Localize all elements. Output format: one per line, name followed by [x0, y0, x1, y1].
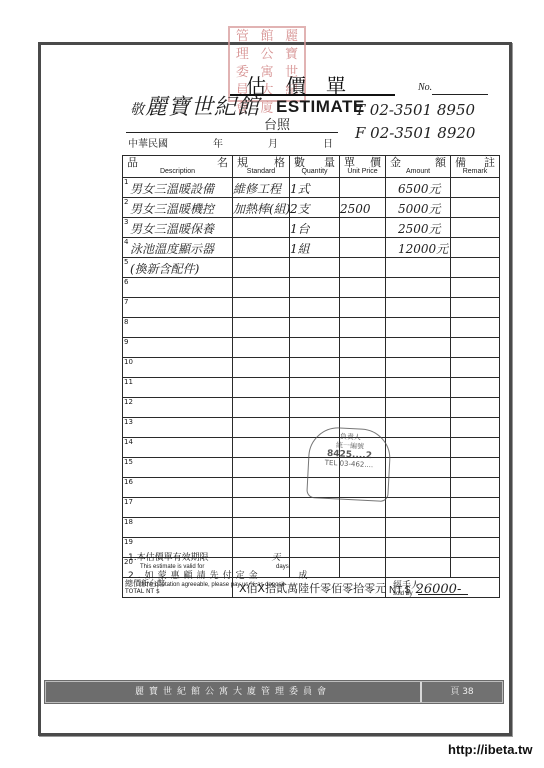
cell-description: 15: [123, 458, 233, 478]
table-row: 9: [123, 338, 500, 358]
terms-block: 1.本估價單有效期限 天 This estimate is valid for …: [128, 553, 311, 589]
table-row: 11: [123, 378, 500, 398]
customer-prefix: 敬: [130, 102, 145, 118]
table-row: 18: [123, 518, 500, 538]
cell-amount: [386, 478, 451, 498]
date-day: 日: [323, 135, 333, 150]
cell-standard: [233, 238, 290, 258]
cell-value: 男女三溫暖保養: [130, 222, 214, 236]
cell-standard: [233, 358, 290, 378]
cell-value: 2500元: [386, 222, 441, 236]
row-number: 16: [124, 478, 130, 486]
cell-description: 4泳池溫度顯示器: [123, 238, 233, 258]
cell-value: 6500元: [386, 182, 441, 196]
cell-quantity: [290, 518, 340, 538]
date-month: 月: [268, 135, 278, 150]
cell-value: [386, 302, 398, 316]
cell-description: 12: [123, 398, 233, 418]
column-header-cn-left: 備: [455, 157, 466, 168]
row-number: 11: [124, 378, 130, 386]
row-number: 19: [124, 538, 130, 546]
page-footer: 麗寶世紀館公寓大廈管理委員會 頁 38: [45, 681, 503, 703]
cell-value: [386, 382, 398, 396]
cell-value: 2支: [290, 202, 310, 216]
cell-standard: [233, 438, 290, 458]
column-header-en: Standard: [233, 168, 289, 176]
table-row: 8: [123, 318, 500, 338]
cell-description: 1男女三溫暖設備: [123, 178, 233, 198]
cell-standard: [233, 278, 290, 298]
row-number: 8: [124, 318, 130, 326]
customer-underline: [126, 132, 338, 133]
cell-standard: [233, 458, 290, 478]
cell-value: [386, 342, 398, 356]
seal-char: 公: [255, 46, 280, 64]
cell-value: [386, 402, 398, 416]
customer-company: 麗寶世紀館: [145, 95, 260, 120]
cell-standard: [233, 378, 290, 398]
cell-remark: [451, 298, 500, 318]
row-number: 7: [124, 298, 130, 306]
total-label-en: TOTAL NT $: [123, 588, 232, 595]
cell-amount: 6500元: [386, 178, 451, 198]
cell-remark: [451, 398, 500, 418]
cell-description: 13: [123, 418, 233, 438]
cell-remark: [451, 278, 500, 298]
column-header: 單價Unit Price: [340, 156, 386, 178]
cell-unit-price: [340, 518, 386, 538]
cell-standard: [233, 498, 290, 518]
cell-quantity: [290, 258, 340, 278]
cell-remark: [451, 178, 500, 198]
cell-value: [386, 322, 398, 336]
cell-amount: 12000元: [386, 238, 451, 258]
cell-value: 泳池溫度顯示器: [130, 242, 214, 256]
cell-amount: [386, 378, 451, 398]
customer-name: 敬麗寶世紀館: [130, 90, 260, 121]
cell-description: 17: [123, 498, 233, 518]
term-1-days: days: [276, 564, 289, 570]
cell-quantity: [290, 318, 340, 338]
row-number: 17: [124, 498, 130, 506]
cell-quantity: 1式: [290, 178, 340, 198]
cell-description: 7: [123, 298, 233, 318]
cell-quantity: 1台: [290, 218, 340, 238]
cell-value: 1組: [290, 242, 310, 256]
cell-description: 16: [123, 478, 233, 498]
cell-amount: [386, 278, 451, 298]
seal-char: 理: [230, 46, 255, 64]
cell-description: 14: [123, 438, 233, 458]
column-header-cn-right: 額: [435, 157, 446, 168]
cell-standard: [233, 518, 290, 538]
cell-amount: [386, 458, 451, 478]
cell-quantity: 1組: [290, 238, 340, 258]
cell-description: 10: [123, 358, 233, 378]
cell-value: 男女三溫暖設備: [130, 182, 214, 196]
cell-description: 9: [123, 338, 233, 358]
fax-number: F 02-3501 8920: [355, 124, 475, 142]
cell-amount: [386, 338, 451, 358]
cell-remark: [451, 218, 500, 238]
sold-by-cn: 經手人: [393, 578, 420, 591]
column-header-en: Amount: [386, 168, 450, 176]
row-number: 13: [124, 418, 130, 426]
term-1-en: This estimate is valid for: [140, 564, 204, 570]
cell-value: [386, 542, 398, 556]
cell-amount: [386, 558, 451, 578]
cell-unit-price: [340, 338, 386, 358]
cell-standard: [233, 398, 290, 418]
cell-amount: [386, 318, 451, 338]
cell-value: [386, 362, 398, 376]
cell-unit-price: [340, 558, 386, 578]
cell-remark: [451, 438, 500, 458]
term-2-suffix: 成: [298, 571, 311, 581]
column-header-cn-left: 品: [127, 157, 138, 168]
column-header-en: Remark: [451, 168, 499, 176]
cell-unit-price: [340, 298, 386, 318]
total-word: 零佰: [320, 580, 342, 596]
cell-remark: [451, 498, 500, 518]
cell-amount: [386, 398, 451, 418]
cell-standard: [233, 338, 290, 358]
column-header: 品名Description: [123, 156, 233, 178]
telephone-number: T 02-3501 8950: [355, 101, 475, 119]
cell-value: 1台: [290, 222, 310, 236]
cell-standard: [233, 258, 290, 278]
cell-remark: [451, 258, 500, 278]
table-row: 6: [123, 278, 500, 298]
cell-description: 3男女三溫暖保養: [123, 218, 233, 238]
cell-standard: 加熱棒(組): [233, 198, 290, 218]
cell-standard: [233, 298, 290, 318]
column-header-cn-left: 數: [294, 157, 305, 168]
column-header-cn-left: 規: [237, 157, 248, 168]
form-number-field: [432, 94, 488, 95]
cell-unit-price: [340, 398, 386, 418]
row-number: 14: [124, 438, 130, 446]
customer-suffix: 台照: [264, 114, 290, 133]
cell-remark: [451, 378, 500, 398]
cell-unit-price: [340, 218, 386, 238]
cell-remark: [451, 558, 500, 578]
cell-unit-price: [340, 278, 386, 298]
total-word: 零拾: [342, 580, 364, 596]
cell-standard: [233, 218, 290, 238]
table-row: 5(換新含配件): [123, 258, 500, 278]
cell-remark: [451, 458, 500, 478]
date-era: 中華民國: [128, 135, 168, 150]
column-header: 備註Remark: [451, 156, 500, 178]
cell-quantity: [290, 298, 340, 318]
cell-unit-price: [340, 258, 386, 278]
seal-char: 管: [230, 28, 255, 46]
sold-by-signature-line: [418, 594, 468, 595]
cell-unit-price: [340, 358, 386, 378]
cell-value: 加熱棒(組): [233, 202, 290, 216]
term-1-value: 天: [271, 553, 280, 563]
table-row: 2男女三溫暖機控加熱棒(組)2支25005000元: [123, 198, 500, 218]
cell-remark: [451, 238, 500, 258]
cell-amount: [386, 498, 451, 518]
cell-amount: [386, 258, 451, 278]
cell-quantity: [290, 378, 340, 398]
cell-value: [386, 282, 398, 296]
sold-by-block: 經手人 sold By: [393, 578, 420, 597]
cell-value: [386, 502, 398, 516]
cell-description: 8: [123, 318, 233, 338]
cell-value: [386, 262, 398, 276]
column-header-cn-right: 格: [274, 157, 285, 168]
column-header-cn-left: 金: [390, 157, 401, 168]
cell-value: 維修工程: [233, 182, 281, 196]
seal-char: 館: [255, 28, 280, 46]
estimate-table: 品名Description規格Standard數量Quantity單價Unit …: [122, 155, 500, 598]
column-header-en: Quantity: [290, 168, 339, 176]
seal-char: 寶: [279, 46, 304, 64]
cell-unit-price: [340, 178, 386, 198]
form-number-label: No.: [418, 82, 432, 93]
cell-standard: 維修工程: [233, 178, 290, 198]
cell-value: 5000元: [386, 202, 441, 216]
cell-amount: 5000元: [386, 198, 451, 218]
cell-value: [386, 562, 398, 576]
cell-amount: [386, 418, 451, 438]
row-number: 12: [124, 398, 130, 406]
table-row: 7: [123, 298, 500, 318]
cell-remark: [451, 418, 500, 438]
cell-amount: [386, 438, 451, 458]
cell-unit-price: [340, 238, 386, 258]
term-2-en: If the quotation agreeable, please pay u…: [128, 582, 311, 589]
cell-standard: [233, 318, 290, 338]
column-header-cn-right: 名: [217, 157, 228, 168]
cell-quantity: [290, 278, 340, 298]
cell-quantity: [290, 398, 340, 418]
column-header-en: Unit Price: [340, 168, 385, 176]
cell-unit-price: [340, 538, 386, 558]
cell-quantity: [290, 498, 340, 518]
cell-quantity: [290, 358, 340, 378]
cell-value: 男女三溫暖機控: [130, 202, 214, 216]
table-header-row: 品名Description規格Standard數量Quantity單價Unit …: [123, 156, 500, 178]
table-row: 17: [123, 498, 500, 518]
table-row: 4泳池溫度顯示器1組12000元: [123, 238, 500, 258]
cell-value: 12000元: [386, 242, 448, 256]
cell-remark: [451, 358, 500, 378]
cell-description: 11: [123, 378, 233, 398]
cell-standard: [233, 478, 290, 498]
cell-quantity: 2支: [290, 198, 340, 218]
cell-value: (換新含配件): [130, 262, 199, 276]
cell-description: 18: [123, 518, 233, 538]
cell-remark: [451, 338, 500, 358]
cell-amount: 2500元: [386, 218, 451, 238]
footer-organization: 麗寶世紀館公寓大廈管理委員會: [46, 682, 422, 702]
column-header: 數量Quantity: [290, 156, 340, 178]
column-header-cn-right: 價: [370, 157, 381, 168]
term-2-cn: 2.如蒙惠顧請先付定金: [128, 571, 262, 581]
date-year: 年: [213, 135, 223, 150]
cell-remark: [451, 478, 500, 498]
row-number: 9: [124, 338, 130, 346]
table-row: 3男女三溫暖保養1台2500元: [123, 218, 500, 238]
cell-amount: [386, 538, 451, 558]
cell-value: 2500: [340, 202, 371, 216]
cell-quantity: [290, 338, 340, 358]
cell-value: [386, 522, 398, 536]
cell-amount: [386, 518, 451, 538]
cell-value: 1式: [290, 182, 310, 196]
cell-remark: [451, 518, 500, 538]
column-header-cn-right: 註: [484, 157, 495, 168]
column-header: 規格Standard: [233, 156, 290, 178]
cell-description: 2男女三溫暖機控: [123, 198, 233, 218]
cell-amount: [386, 298, 451, 318]
cell-standard: [233, 418, 290, 438]
cell-amount: [386, 358, 451, 378]
cell-remark: [451, 538, 500, 558]
seal-char: 麗: [279, 28, 304, 46]
cell-unit-price: [340, 318, 386, 338]
total-word: 零元: [364, 580, 385, 596]
cell-value: [386, 422, 398, 436]
table-row: 12: [123, 398, 500, 418]
cell-remark: [451, 318, 500, 338]
column-header: 金額Amount: [386, 156, 451, 178]
column-header-cn-right: 量: [324, 157, 335, 168]
row-number: 18: [124, 518, 130, 526]
term-1-cn: 1.本估價單有效期限: [128, 553, 209, 563]
row-number: 15: [124, 458, 130, 466]
watermark-url: http://ibeta.tw: [448, 742, 533, 757]
column-header-cn-left: 單: [344, 157, 355, 168]
vendor-stamp: 負責人 統一編號 8425....2 TEL 03-462....: [306, 426, 392, 502]
cell-unit-price: [340, 378, 386, 398]
table-row: 10: [123, 358, 500, 378]
sold-by-en: sold By: [393, 591, 420, 597]
row-number: 10: [124, 358, 130, 366]
footer-page-number: 頁 38: [422, 682, 502, 702]
row-number: 6: [124, 278, 130, 286]
table-row: 1男女三溫暖設備維修工程1式6500元: [123, 178, 500, 198]
cell-remark: [451, 198, 500, 218]
cell-description: 6: [123, 278, 233, 298]
cell-unit-price: 2500: [340, 198, 386, 218]
cell-description: 5(換新含配件): [123, 258, 233, 278]
column-header-en: Description: [123, 168, 232, 176]
